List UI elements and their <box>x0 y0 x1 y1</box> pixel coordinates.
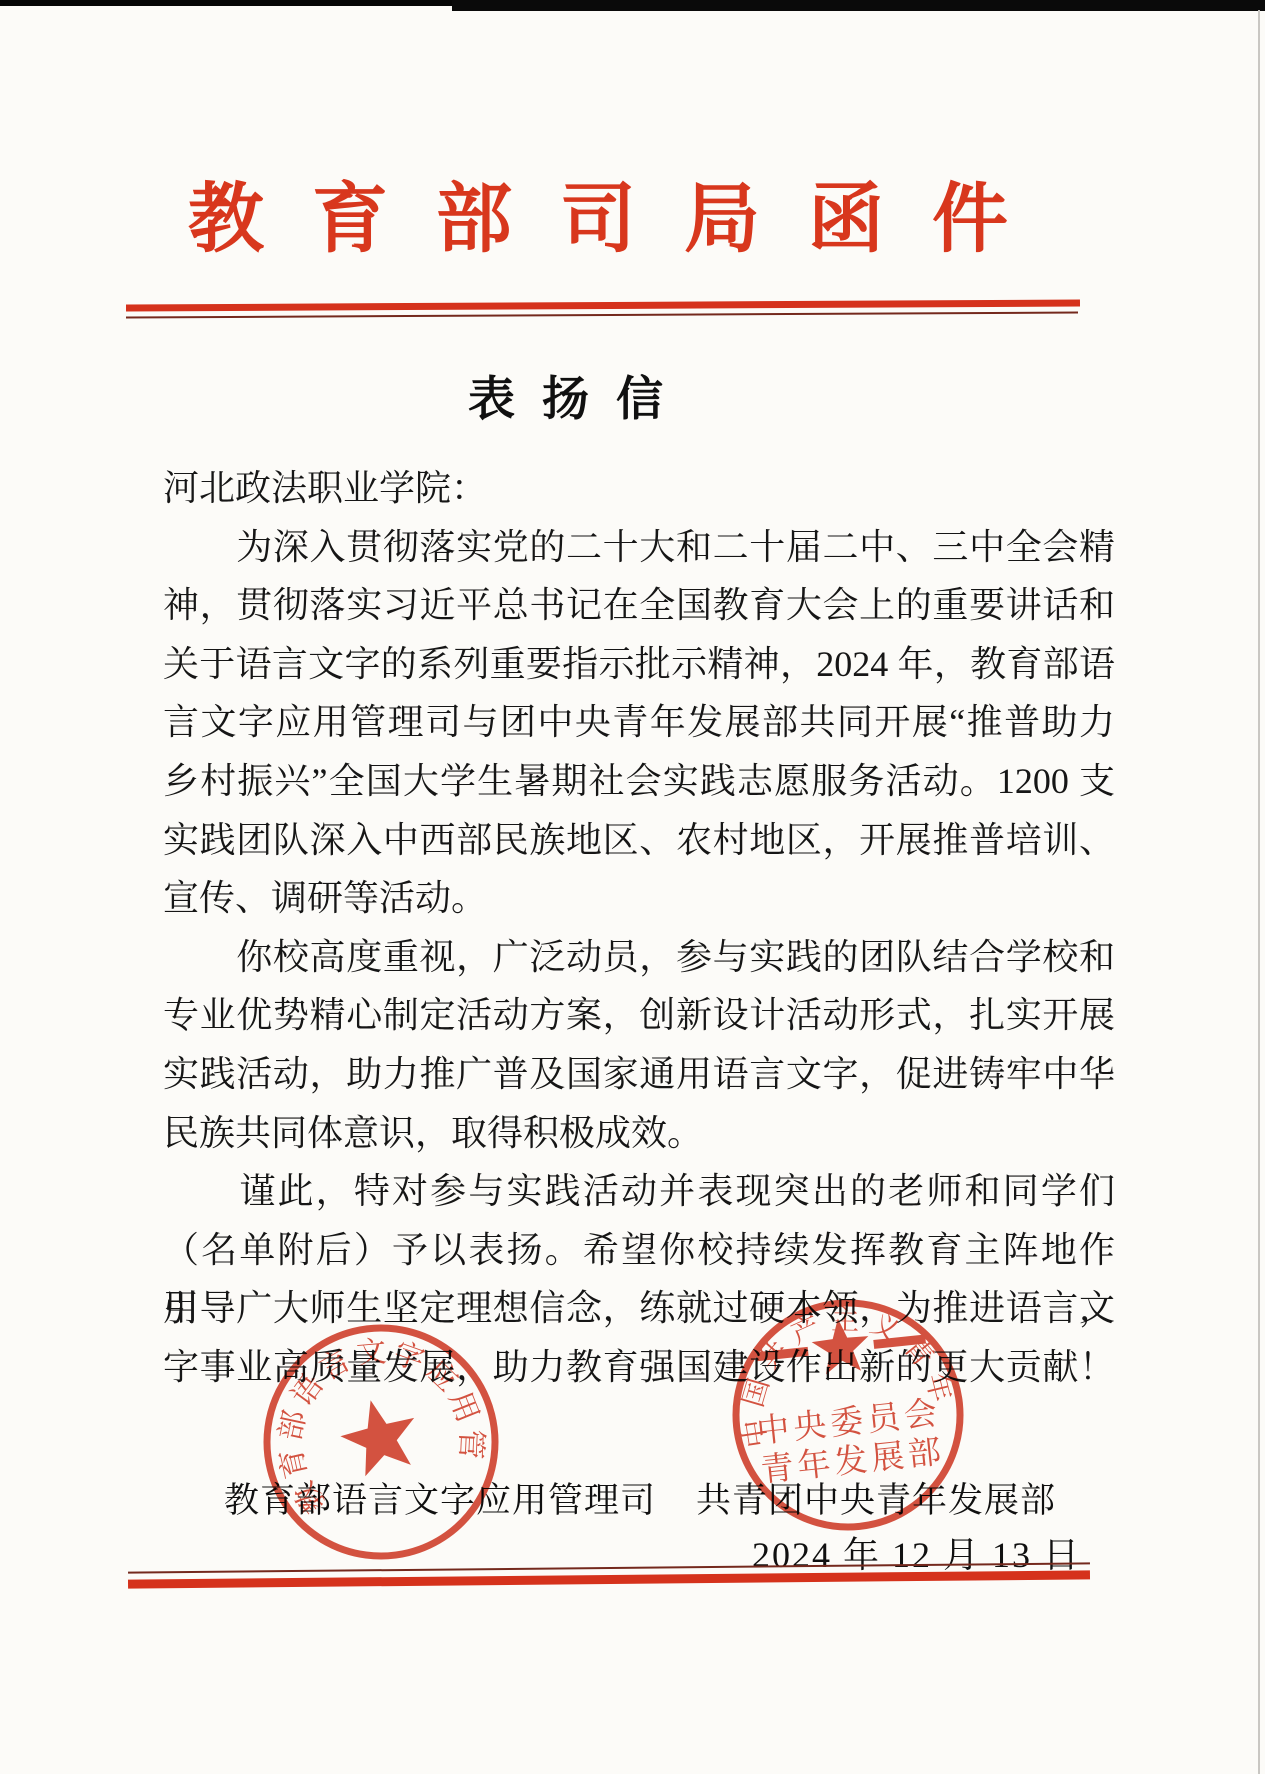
official-seal-right: 中国共产主义青年团 中央委员会 青年发展部 <box>711 1278 986 1553</box>
body-line: （名单附后）予以表扬。希望你校持续发挥教育主阵地作用， <box>163 1221 1115 1280</box>
header-rule-thin <box>126 312 1078 319</box>
star-icon <box>334 1391 425 1480</box>
body-line: 专业优势精心制定活动方案，创新设计活动形式，扎实开展 <box>163 986 1115 1045</box>
body-line: 实践团队深入中西部民族地区、农村地区，开展推普培训、 <box>163 811 1115 870</box>
letter-body: 河北政法职业学院： 为深入贯彻落实党的二十大和二十届二中、三中全会精神，贯彻落实… <box>163 459 1115 1397</box>
body-line: 实践活动，助力推广普及国家通用语言文字，促进铸牢中华 <box>163 1045 1115 1104</box>
body-line: 关于语言文字的系列重要指示批示精神，2024 年，教育部语 <box>163 635 1115 694</box>
header-rule-thick <box>126 300 1080 312</box>
body-line: 河北政法职业学院： <box>163 459 1115 518</box>
body-line: 引导广大师生坚定理想信念，练就过硬本领，为推进语言文 <box>163 1279 1115 1338</box>
body-line: 为深入贯彻落实党的二十大和二十届二中、三中全会精 <box>163 518 1115 577</box>
scanned-letter-page: 教育部司局函件 表扬信 河北政法职业学院： 为深入贯彻落实党的二十大和二十届二中… <box>0 0 1265 1774</box>
scan-edge-top-thick <box>452 0 1265 11</box>
body-line: 你校高度重视，广泛动员，参与实践的团队结合学校和 <box>163 928 1115 987</box>
footer-rule-thick <box>128 1570 1090 1588</box>
body-line: 宣传、调研等活动。 <box>163 869 1115 928</box>
letterhead-banner: 教育部司局函件 <box>188 158 1056 267</box>
body-line: 乡村振兴”全国大学生暑期社会实践志愿服务活动。1200 支 <box>163 752 1115 811</box>
body-line: 谨此，特对参与实践活动并表现突出的老师和同学们 <box>163 1162 1115 1221</box>
body-line: 神，贯彻落实习近平总书记在全国教育大会上的重要讲话和 <box>163 576 1115 635</box>
letter-title: 表扬信 <box>468 362 690 429</box>
scan-edge-right <box>1258 10 1260 1774</box>
body-line: 民族共同体意识，取得积极成效。 <box>163 1104 1115 1163</box>
body-line: 言文字应用管理司与团中央青年发展部共同开展“推普助力 <box>163 693 1115 752</box>
